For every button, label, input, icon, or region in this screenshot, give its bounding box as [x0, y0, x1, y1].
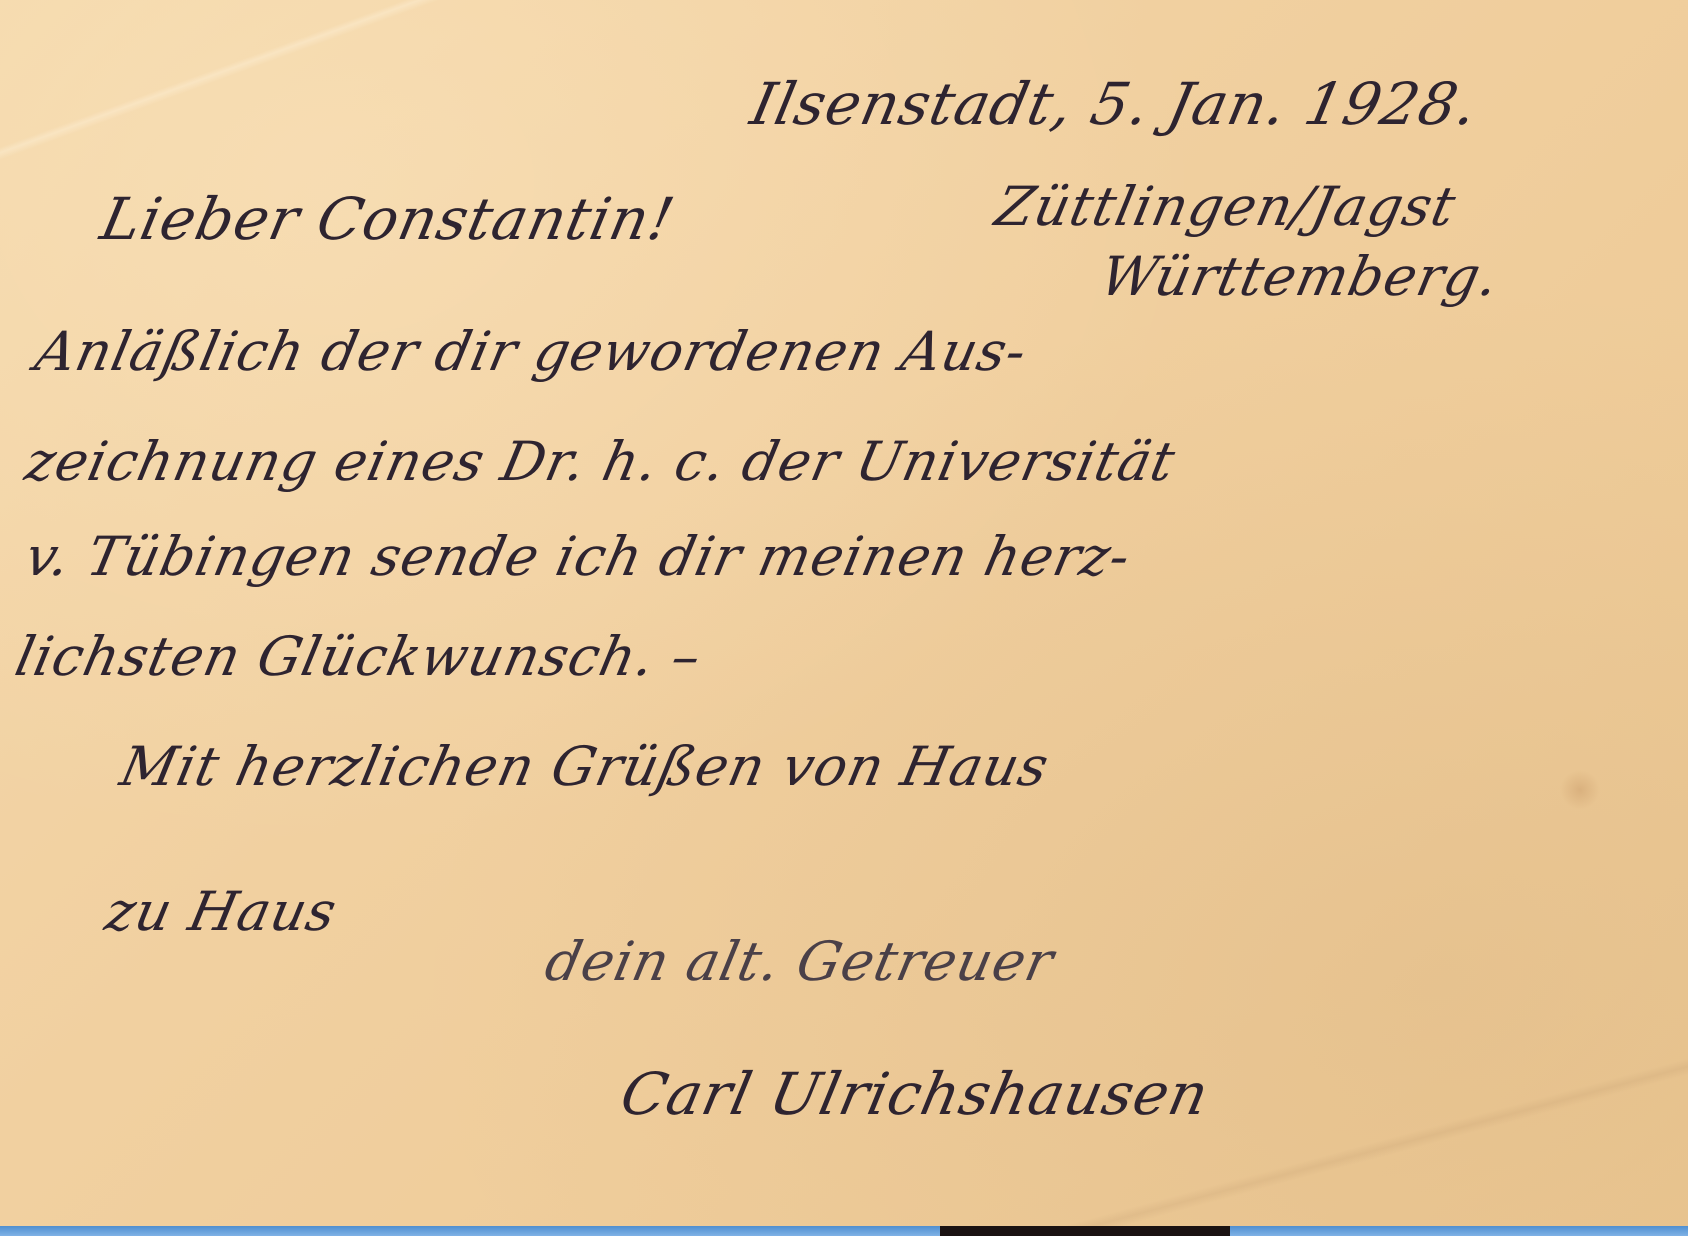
body-line-1: Anläßlich der dir gewordenen Aus-	[30, 320, 1033, 383]
closing-line-2: zu Haus	[100, 880, 343, 943]
salutation: Lieber Constantin!	[95, 185, 681, 253]
closing-line-1: Mit herzlichen Grüßen von Haus	[115, 735, 1055, 798]
postcard: Ilsenstadt, 5. Jan. 1928. Lieber Constan…	[0, 0, 1688, 1227]
valediction: dein alt. Getreuer	[540, 930, 1060, 993]
body-line-2: zeichnung eines Dr. h. c. der Universitä…	[20, 430, 1181, 493]
scan-edge	[0, 1226, 1688, 1236]
address-line-2: Württemberg.	[1095, 245, 1505, 308]
place-date: Ilsenstadt, 5. Jan. 1928.	[745, 70, 1484, 138]
body-line-3: v. Tübingen sende ich dir meinen herz-	[20, 525, 1136, 588]
scan-edge-dark-segment	[940, 1226, 1230, 1236]
signature: Carl Ulrichshausen	[615, 1060, 1215, 1128]
paper-stain	[1560, 770, 1600, 810]
body-line-4: lichsten Glückwunsch. –	[10, 625, 707, 688]
address-line-1: Züttlingen/Jagst	[990, 175, 1462, 238]
